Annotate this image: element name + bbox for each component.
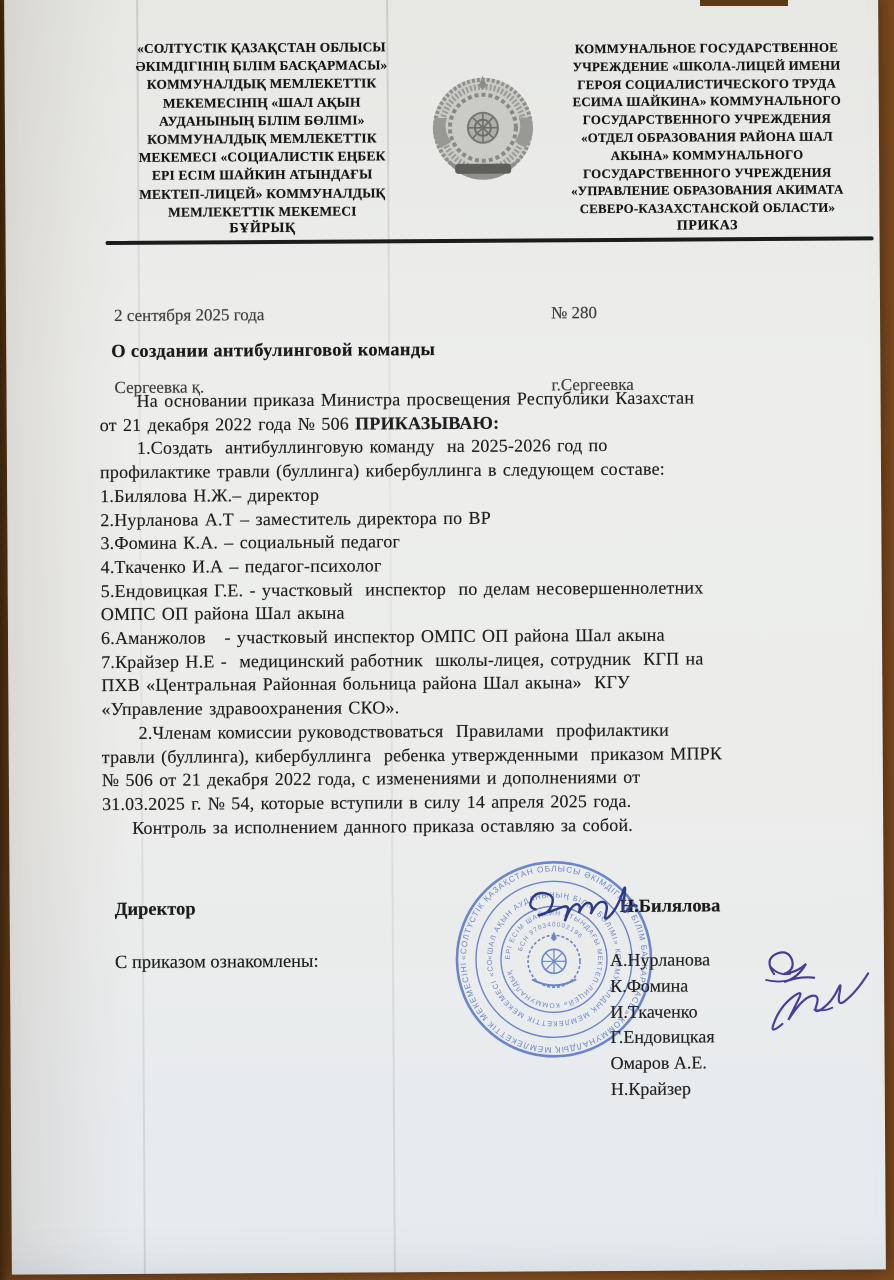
scan-edge-gap	[700, 0, 788, 6]
acknowledgement-signatures	[752, 935, 885, 1060]
org-name-kazakh: «СОЛТҮСТІК ҚАЗАҚСТАН ОБЛЫСЫ ӘКІМДІГІНІҢ …	[96, 38, 427, 222]
acknowledged-name: А.Нурланова	[610, 947, 714, 973]
order-title: О создании антибулинговой команды	[111, 340, 435, 363]
doc-type-kazakh: БҰЙРЫҚ	[97, 220, 427, 238]
acknowledged-name: Н.Крайзер	[611, 1076, 715, 1102]
body-line: Контроль за исполнением данного приказа …	[102, 812, 878, 840]
org-name-russian: КОММУНАЛЬНОЕ ГОСУДАРСТВЕННОЕ УЧРЕЖДЕНИЕ …	[532, 39, 881, 219]
director-signature	[521, 875, 671, 938]
stamp-center-emblem	[528, 931, 580, 987]
body-line-text: от 21 декабря 2022 года № 506	[100, 413, 356, 435]
header-divider-line	[106, 236, 874, 244]
document-page: «СОЛТҮСТІК ҚАЗАҚСТАН ОБЛЫСЫ ӘКІМДІГІНІҢ …	[4, 0, 886, 1275]
order-keyword: ПРИКАЗЫВАЮ:	[355, 412, 499, 433]
acknowledged-label: С приказом ознакомлены:	[115, 952, 319, 974]
acknowledged-name: И.Ткаченко	[610, 999, 714, 1025]
doc-type-russian: ПРИКАЗ	[533, 217, 881, 235]
order-date: 2 сентября 2025 года	[114, 303, 265, 328]
order-body: На основании приказа Министра просвещени…	[100, 385, 879, 840]
order-number: № 280	[551, 301, 633, 326]
scanned-order-photo: { "document": { "header": { "left_org": …	[0, 0, 894, 1280]
director-label: Директор	[115, 900, 196, 921]
acknowledged-name: К.Фомина	[610, 973, 714, 999]
kazakhstan-coat-of-arms-icon	[425, 71, 542, 190]
acknowledged-names: А.Нурланова К.Фомина И.Ткаченко Г.Ендови…	[610, 947, 715, 1102]
acknowledged-name: Омаров А.Е.	[611, 1051, 715, 1077]
acknowledged-name: Г.Ендовицкая	[610, 1025, 714, 1051]
